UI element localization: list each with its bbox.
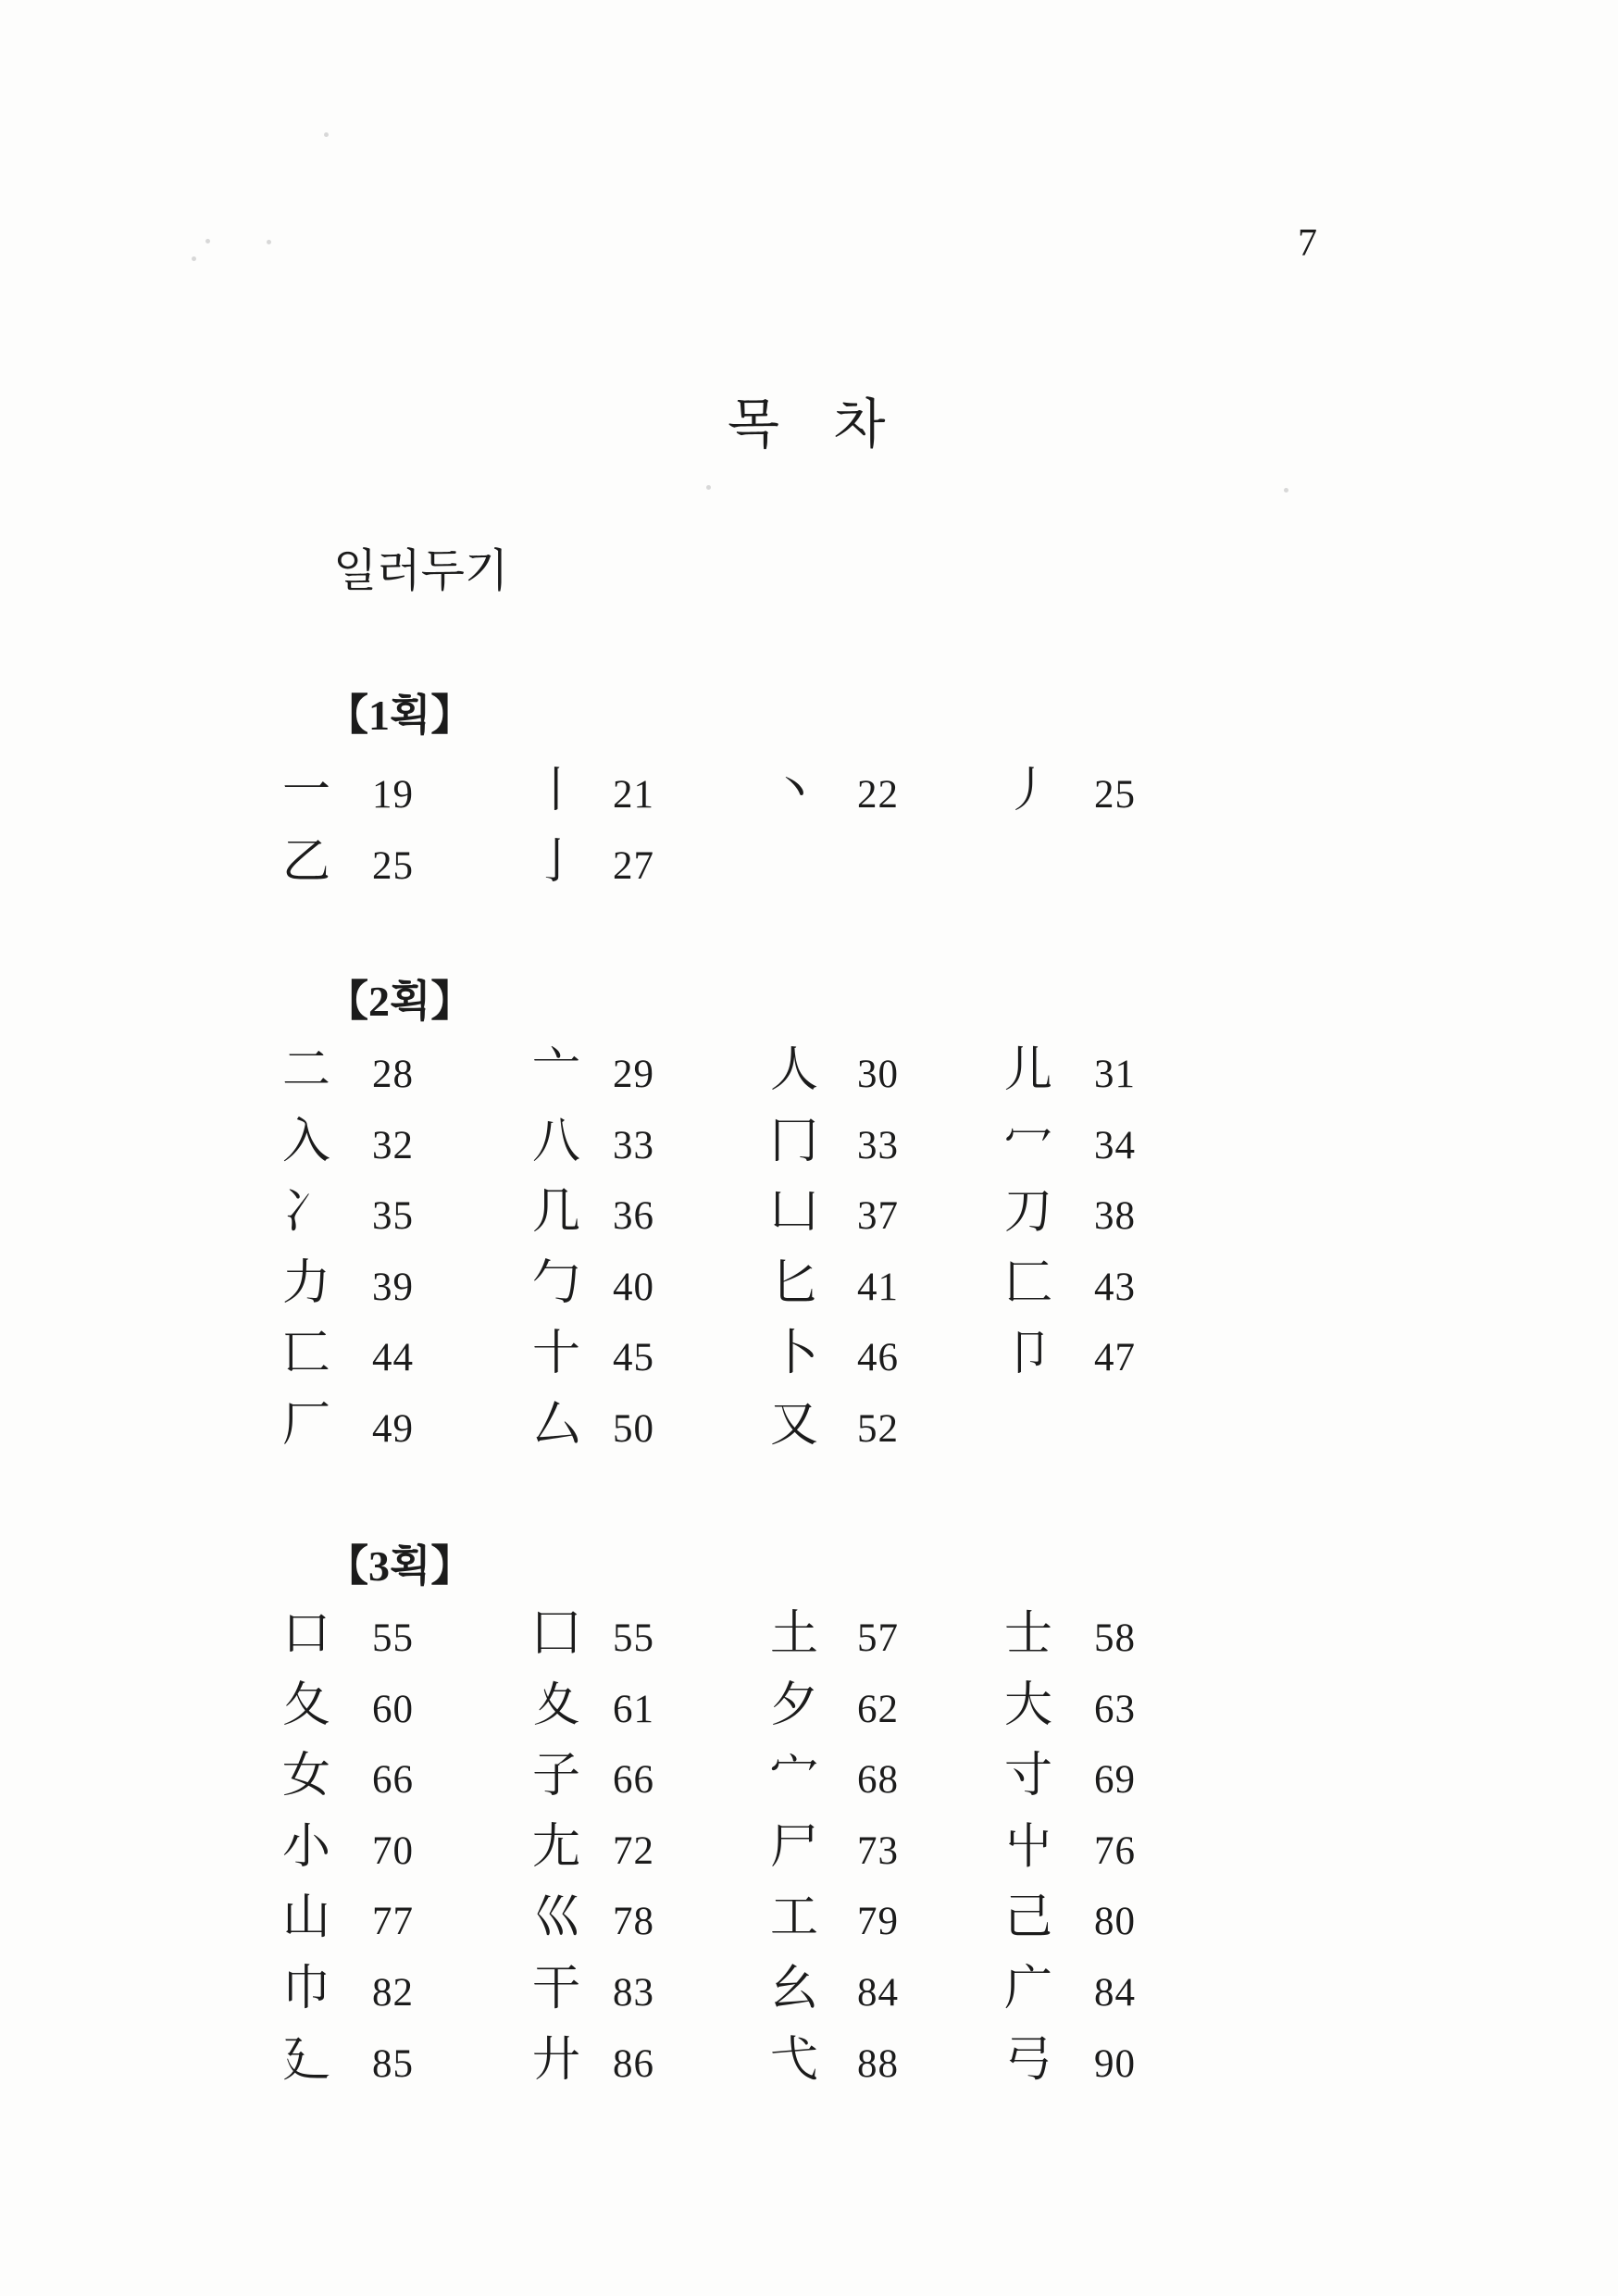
radical-page: 84	[1094, 1973, 1136, 2013]
radical-page: 25	[1094, 775, 1136, 815]
scan-speck	[706, 485, 711, 490]
radical-char: 女	[282, 1753, 330, 1801]
radical-page: 39	[372, 1267, 414, 1307]
scan-speck	[1284, 488, 1288, 493]
radical-page: 40	[613, 1267, 654, 1307]
radical-char: 口	[282, 1611, 330, 1659]
radical-char: 士	[1004, 1611, 1052, 1659]
radical-char: 尸	[770, 1824, 818, 1872]
radical-char: 入	[282, 1118, 330, 1167]
radical-page: 72	[613, 1831, 654, 1871]
radical-page: 79	[857, 1902, 899, 1941]
radical-page: 28	[372, 1054, 414, 1094]
radical-char: 小	[282, 1824, 330, 1872]
radical-char: 匚	[1004, 1260, 1052, 1308]
radical-char: 丶	[770, 767, 818, 816]
radical-page: 70	[372, 1831, 414, 1871]
scan-speck	[205, 239, 210, 243]
radical-page: 37	[857, 1196, 899, 1236]
radical-char: 弓	[1004, 2037, 1052, 2085]
radical-page: 90	[1094, 2044, 1136, 2084]
radical-page: 41	[857, 1267, 899, 1307]
radical-page: 25	[372, 846, 414, 886]
radical-char: 夊	[532, 1682, 580, 1730]
radical-page: 68	[857, 1760, 899, 1800]
scan-speck	[192, 256, 196, 261]
radical-char: 力	[282, 1260, 330, 1308]
radical-char: 儿	[1004, 1047, 1052, 1095]
radical-char: 卩	[1004, 1330, 1052, 1379]
radical-char: 卜	[770, 1330, 818, 1379]
radical-char: 八	[532, 1118, 580, 1167]
radical-page: 30	[857, 1054, 899, 1094]
radical-char: 山	[282, 1894, 330, 1942]
radical-page: 77	[372, 1902, 414, 1941]
radical-char: 屮	[1004, 1824, 1052, 1872]
radical-page: 29	[613, 1054, 654, 1094]
radical-page: 61	[613, 1690, 654, 1729]
radical-page: 44	[372, 1338, 414, 1378]
radical-page: 33	[857, 1126, 899, 1166]
radical-page: 60	[372, 1690, 414, 1729]
radical-char: 又	[770, 1402, 818, 1450]
radical-page: 86	[613, 2044, 654, 2084]
radical-char: 厶	[532, 1402, 580, 1450]
radical-char: 幺	[770, 1965, 818, 2014]
radical-char: 丿	[1004, 767, 1052, 816]
radical-page: 19	[372, 775, 414, 815]
radical-char: 干	[532, 1965, 580, 2014]
radical-char: 一	[282, 767, 330, 816]
radical-char: 几	[532, 1189, 580, 1237]
radical-char: 十	[532, 1330, 580, 1379]
radical-char: 亠	[532, 1047, 580, 1095]
radical-char: 乙	[282, 839, 330, 887]
radical-char: 人	[770, 1047, 818, 1095]
radical-char: 工	[770, 1894, 818, 1942]
radical-page: 27	[613, 846, 654, 886]
radical-page: 34	[1094, 1126, 1136, 1166]
radical-page: 49	[372, 1409, 414, 1449]
radical-page: 52	[857, 1409, 899, 1449]
radical-char: 冫	[282, 1189, 330, 1237]
radical-char: 冖	[1004, 1118, 1052, 1167]
radical-page: 78	[613, 1902, 654, 1941]
section-header: 【2획】	[326, 979, 473, 1026]
radical-char: 丨	[532, 767, 580, 816]
radical-char: 己	[1004, 1894, 1052, 1942]
radical-page: 55	[613, 1618, 654, 1658]
radical-page: 82	[372, 1973, 414, 2013]
radical-char: 宀	[770, 1753, 818, 1801]
radical-page: 63	[1094, 1690, 1136, 1729]
radical-char: 亅	[532, 839, 580, 887]
radical-char: 夕	[770, 1682, 818, 1730]
radical-page: 46	[857, 1338, 899, 1378]
radical-char: 冂	[770, 1118, 818, 1167]
section-header: 【3획】	[326, 1543, 473, 1591]
radical-char: 二	[282, 1047, 330, 1095]
radical-page: 73	[857, 1831, 899, 1871]
radical-page: 66	[372, 1760, 414, 1800]
radical-page: 32	[372, 1126, 414, 1166]
toc-title: 목 차	[728, 398, 886, 452]
radical-page: 55	[372, 1618, 414, 1658]
radical-char: 子	[532, 1753, 580, 1801]
intro-entry: 일러두기	[333, 548, 508, 593]
section-header: 【1획】	[326, 693, 473, 740]
radical-page: 57	[857, 1618, 899, 1658]
radical-page: 35	[372, 1196, 414, 1236]
radical-char: 寸	[1004, 1753, 1052, 1801]
radical-page: 50	[613, 1409, 654, 1449]
radical-char: 囗	[532, 1611, 580, 1659]
radical-page: 31	[1094, 1054, 1136, 1094]
radical-page: 83	[613, 1973, 654, 2013]
radical-char: 廾	[532, 2037, 580, 2085]
radical-page: 62	[857, 1690, 899, 1729]
radical-page: 36	[613, 1196, 654, 1236]
radical-page: 47	[1094, 1338, 1136, 1378]
radical-char: 弋	[770, 2037, 818, 2085]
radical-page: 33	[613, 1126, 654, 1166]
radical-char: 夂	[282, 1682, 330, 1730]
radical-char: 大	[1004, 1682, 1052, 1730]
scan-speck	[267, 240, 271, 244]
radical-page: 45	[613, 1338, 654, 1378]
page-number: 7	[1298, 224, 1318, 263]
radical-char: 土	[770, 1611, 818, 1659]
radical-page: 69	[1094, 1760, 1136, 1800]
radical-char: 广	[1004, 1965, 1052, 2014]
radical-char: 刀	[1004, 1189, 1052, 1237]
radical-page: 43	[1094, 1267, 1136, 1307]
radical-page: 38	[1094, 1196, 1136, 1236]
radical-page: 58	[1094, 1618, 1136, 1658]
radical-char: 巾	[282, 1965, 330, 2014]
radical-page: 21	[613, 775, 654, 815]
radical-page: 80	[1094, 1902, 1136, 1941]
radical-char: 凵	[770, 1189, 818, 1237]
radical-page: 84	[857, 1973, 899, 2013]
scan-speck	[324, 132, 329, 137]
radical-char: 巛	[532, 1894, 580, 1942]
scanned-toc-page: 7 목 차 일러두기 【1획】一19丨21丶22丿25乙25亅27【2획】二28…	[0, 0, 1618, 2296]
radical-char: 厂	[282, 1402, 330, 1450]
radical-page: 88	[857, 2044, 899, 2084]
radical-char: 廴	[282, 2037, 330, 2085]
radical-page: 66	[613, 1760, 654, 1800]
radical-char: 匕	[770, 1260, 818, 1308]
radical-char: 尢	[532, 1824, 580, 1872]
radical-page: 22	[857, 775, 899, 815]
radical-page: 76	[1094, 1831, 1136, 1871]
radical-page: 85	[372, 2044, 414, 2084]
radical-char: 匸	[282, 1330, 330, 1379]
radical-char: 勹	[532, 1260, 580, 1308]
